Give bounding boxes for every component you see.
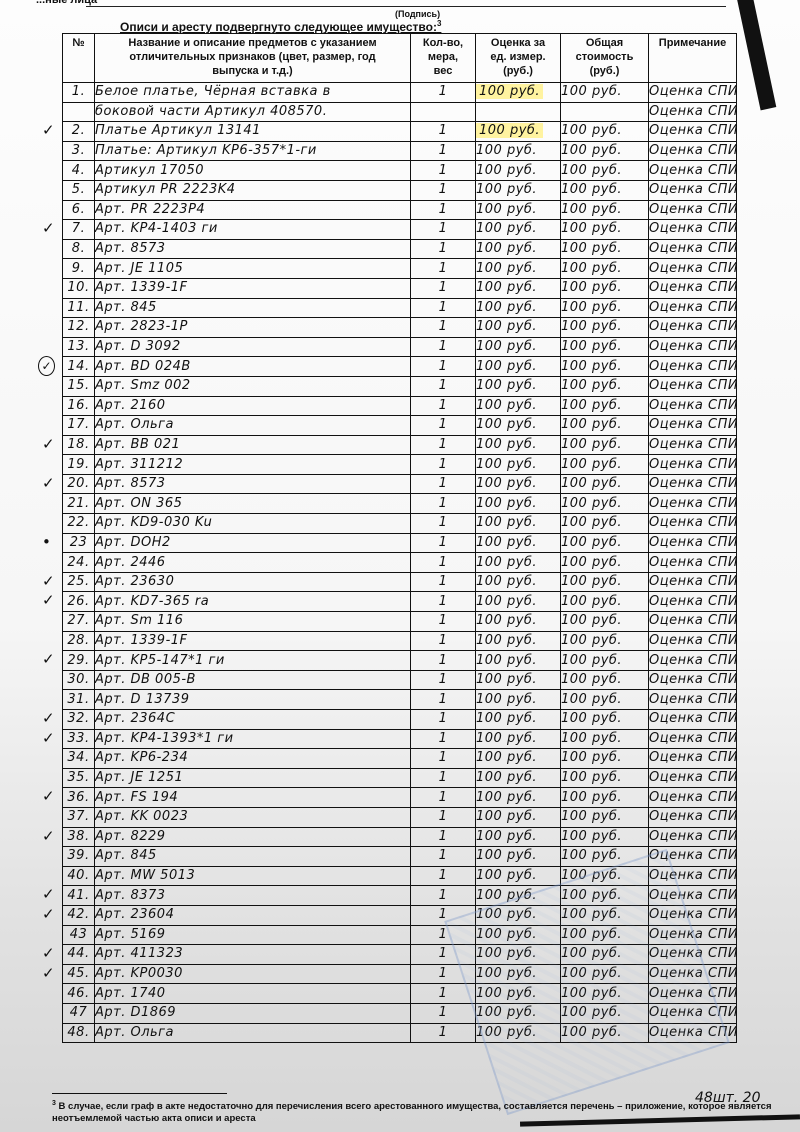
table-row: 27.Арт. Sm 1161100 руб.100 руб.Оценка СП…	[63, 612, 737, 632]
item-unit-price: 100 руб.	[476, 651, 561, 671]
row-number: 14.	[63, 357, 95, 377]
item-unit-price: 100 руб.	[476, 474, 561, 494]
item-total: 100 руб.	[561, 239, 649, 259]
item-note: Оценка СПИ	[649, 83, 737, 103]
item-description: Арт. BD 024B	[95, 357, 411, 377]
item-unit-price: 100 руб.	[476, 435, 561, 455]
row-number: 5.	[63, 180, 95, 200]
item-description: Арт. 2160	[95, 396, 411, 416]
item-quantity: 1	[411, 925, 476, 945]
item-quantity: 1	[411, 964, 476, 984]
row-number: 41.	[63, 886, 95, 906]
item-total: 100 руб.	[561, 925, 649, 945]
highlighted-price: 100 руб.	[476, 84, 543, 99]
item-quantity: 1	[411, 768, 476, 788]
row-number: 23	[63, 533, 95, 553]
row-number: 29.	[63, 651, 95, 671]
item-quantity: 1	[411, 827, 476, 847]
table-row: 36.Арт. FS 1941100 руб.100 руб.Оценка СП…	[63, 788, 737, 808]
item-description: Арт. JE 1105	[95, 259, 411, 279]
item-quantity: 1	[411, 200, 476, 220]
item-total: 100 руб.	[561, 259, 649, 279]
row-number: 6.	[63, 200, 95, 220]
checkmark-icon: ✓	[42, 709, 55, 727]
item-note: Оценка СПИ	[649, 592, 737, 612]
item-note: Оценка СПИ	[649, 259, 737, 279]
footnote-ref: 3	[437, 19, 441, 28]
item-total: 100 руб.	[561, 416, 649, 436]
signature-line	[86, 6, 726, 7]
table-row: 9.Арт. JE 11051100 руб.100 руб.Оценка СП…	[63, 259, 737, 279]
scan-fold-shadow	[736, 0, 777, 110]
row-number: 39.	[63, 847, 95, 867]
item-total: 100 руб.	[561, 396, 649, 416]
item-note: Оценка СПИ	[649, 396, 737, 416]
item-note: Оценка СПИ	[649, 572, 737, 592]
item-unit-price: 100 руб.	[476, 180, 561, 200]
item-description: Арт. D 3092	[95, 337, 411, 357]
table-row: 41.Арт. 83731100 руб.100 руб.Оценка СПИ	[63, 886, 737, 906]
item-total: 100 руб.	[561, 553, 649, 573]
table-row: 14.Арт. BD 024B1100 руб.100 руб.Оценка С…	[63, 357, 737, 377]
table-row: 33.Арт. KP4-1393*1 ги1100 руб.100 руб.Оц…	[63, 729, 737, 749]
table-header-row: № Название и описание предметов с указан…	[63, 34, 737, 83]
item-quantity: 1	[411, 866, 476, 886]
table-row: 18.Арт. BB 0211100 руб.100 руб.Оценка СП…	[63, 435, 737, 455]
item-quantity: 1	[411, 592, 476, 612]
item-quantity: 1	[411, 396, 476, 416]
signature-caption: (Подпись)	[395, 9, 440, 19]
item-quantity: 1	[411, 435, 476, 455]
row-number: 43	[63, 925, 95, 945]
item-quantity: 1	[411, 161, 476, 181]
row-number: 11.	[63, 298, 95, 318]
item-quantity: 1	[411, 807, 476, 827]
item-description: Арт. KP6-234	[95, 749, 411, 769]
item-description: Арт. KP4-1403 ги	[95, 220, 411, 240]
item-description: Арт. D1869	[95, 1003, 411, 1023]
row-number: 4.	[63, 161, 95, 181]
checkmark-icon: ✓	[42, 964, 55, 982]
table-row: 2.Платье Артикул 131411100 руб.100 руб.О…	[63, 122, 737, 142]
item-description: Арт. 2823-1P	[95, 318, 411, 338]
item-description: Арт. 311212	[95, 455, 411, 475]
item-unit-price: 100 руб.	[476, 298, 561, 318]
item-total: 100 руб.	[561, 945, 649, 965]
table-row: 7.Арт. KP4-1403 ги1100 руб.100 руб.Оценк…	[63, 220, 737, 240]
item-note: Оценка СПИ	[649, 866, 737, 886]
document-page: ...ные лица (Подпись) Описи и аресту под…	[0, 0, 800, 1132]
item-unit-price: 100 руб.	[476, 455, 561, 475]
item-unit-price: 100 руб.	[476, 768, 561, 788]
item-total: 100 руб.	[561, 455, 649, 475]
item-total: 100 руб.	[561, 690, 649, 710]
item-note: Оценка СПИ	[649, 278, 737, 298]
inventory-table: № Название и описание предметов с указан…	[62, 33, 737, 1043]
item-unit-price: 100 руб.	[476, 690, 561, 710]
item-quantity: 1	[411, 886, 476, 906]
item-description: Платье: Артикул KP6-357*1-ги	[95, 141, 411, 161]
checkmark-icon: ✓	[42, 591, 55, 609]
item-total: 100 руб.	[561, 1023, 649, 1043]
item-note: Оценка СПИ	[649, 631, 737, 651]
item-total: 100 руб.	[561, 729, 649, 749]
item-note: Оценка СПИ	[649, 337, 737, 357]
item-unit-price: 100 руб.	[476, 847, 561, 867]
item-unit-price: 100 руб.	[476, 161, 561, 181]
item-unit-price: 100 руб.	[476, 925, 561, 945]
item-note: Оценка СПИ	[649, 807, 737, 827]
item-quantity: 1	[411, 533, 476, 553]
row-number: 48.	[63, 1023, 95, 1043]
table-row: 40.Арт. MW 50131100 руб.100 руб.Оценка С…	[63, 866, 737, 886]
item-description: Арт. 1339-1F	[95, 278, 411, 298]
item-unit-price: 100 руб.	[476, 612, 561, 632]
header-unit-price: Оценка за ед. измер. (руб.)	[476, 34, 561, 83]
item-description: боковой части Артикул 408570.	[95, 102, 411, 122]
item-total: 100 руб.	[561, 298, 649, 318]
item-total: 100 руб.	[561, 984, 649, 1004]
table-row: 30.Арт. DB 005-B1100 руб.100 руб.Оценка …	[63, 670, 737, 690]
item-note: Оценка СПИ	[649, 964, 737, 984]
item-quantity: 1	[411, 631, 476, 651]
item-description: Арт. PR 2223P4	[95, 200, 411, 220]
item-quantity: 1	[411, 651, 476, 671]
item-description: Арт. DB 005-B	[95, 670, 411, 690]
row-number: 47	[63, 1003, 95, 1023]
item-total: 100 руб.	[561, 337, 649, 357]
checkmark-icon: ✓	[42, 572, 55, 590]
item-unit-price: 100 руб.	[476, 905, 561, 925]
item-description: Арт. DOH2	[95, 533, 411, 553]
table-row: 28.Арт. 1339-1F1100 руб.100 руб.Оценка С…	[63, 631, 737, 651]
item-description: Арт. KP5-147*1 ги	[95, 651, 411, 671]
item-note: Оценка СПИ	[649, 435, 737, 455]
item-quantity: 1	[411, 141, 476, 161]
item-quantity: 1	[411, 1003, 476, 1023]
item-unit-price: 100 руб.	[476, 533, 561, 553]
table-row: 10.Арт. 1339-1F1100 руб.100 руб.Оценка С…	[63, 278, 737, 298]
table-row: 38.Арт. 82291100 руб.100 руб.Оценка СПИ	[63, 827, 737, 847]
item-total: 100 руб.	[561, 749, 649, 769]
item-note: Оценка СПИ	[649, 886, 737, 906]
item-total: 100 руб.	[561, 847, 649, 867]
table-row: 17.Арт. Ольга1100 руб.100 руб.Оценка СПИ	[63, 416, 737, 436]
item-description: Арт. 8573	[95, 474, 411, 494]
item-note: Оценка СПИ	[649, 945, 737, 965]
item-quantity: 1	[411, 318, 476, 338]
item-unit-price: 100 руб.	[476, 807, 561, 827]
row-number: 19.	[63, 455, 95, 475]
table-row: 3.Платье: Артикул KP6-357*1-ги1100 руб.1…	[63, 141, 737, 161]
item-note: Оценка СПИ	[649, 474, 737, 494]
item-unit-price: 100 руб.	[476, 984, 561, 1004]
item-note: Оценка СПИ	[649, 612, 737, 632]
item-unit-price: 100 руб.	[476, 396, 561, 416]
item-quantity	[411, 102, 476, 122]
row-number: 3.	[63, 141, 95, 161]
item-note: Оценка СПИ	[649, 1003, 737, 1023]
item-total: 100 руб.	[561, 612, 649, 632]
table-row: 16.Арт. 21601100 руб.100 руб.Оценка СПИ	[63, 396, 737, 416]
checkmark-icon: ✓	[42, 885, 55, 903]
item-note: Оценка СПИ	[649, 318, 737, 338]
row-number: 10.	[63, 278, 95, 298]
table-row: 8.Арт. 85731100 руб.100 руб.Оценка СПИ	[63, 239, 737, 259]
table-row: 22.Арт. KD9-030 Ku1100 руб.100 руб.Оценк…	[63, 514, 737, 534]
item-description: Арт. BB 021	[95, 435, 411, 455]
item-description: Арт. 1339-1F	[95, 631, 411, 651]
item-note: Оценка СПИ	[649, 729, 737, 749]
header-total: Общая стоимость (руб.)	[561, 34, 649, 83]
item-unit-price: 100 руб.	[476, 514, 561, 534]
section-title-text: Описи и аресту подвергнуто следующее иму…	[120, 20, 437, 34]
item-description: Арт. Smz 002	[95, 376, 411, 396]
item-note: Оценка СПИ	[649, 847, 737, 867]
item-note: Оценка СПИ	[649, 925, 737, 945]
item-total: 100 руб.	[561, 631, 649, 651]
item-unit-price: 100 руб.	[476, 220, 561, 240]
item-note: Оценка СПИ	[649, 455, 737, 475]
item-note: Оценка СПИ	[649, 710, 737, 730]
item-description: Арт. 8573	[95, 239, 411, 259]
table-row: 19.Арт. 3112121100 руб.100 руб.Оценка СП…	[63, 455, 737, 475]
item-total: 100 руб.	[561, 474, 649, 494]
table-row: 23Арт. DOH21100 руб.100 руб.Оценка СПИ	[63, 533, 737, 553]
row-number: 17.	[63, 416, 95, 436]
item-note: Оценка СПИ	[649, 180, 737, 200]
item-note: Оценка СПИ	[649, 416, 737, 436]
row-number: 42.	[63, 905, 95, 925]
table-row: 34.Арт. KP6-2341100 руб.100 руб.Оценка С…	[63, 749, 737, 769]
item-note: Оценка СПИ	[649, 102, 737, 122]
item-unit-price: 100 руб.	[476, 318, 561, 338]
item-quantity: 1	[411, 278, 476, 298]
item-unit-price	[476, 102, 561, 122]
item-unit-price: 100 руб.	[476, 729, 561, 749]
item-note: Оценка СПИ	[649, 141, 737, 161]
item-note: Оценка СПИ	[649, 768, 737, 788]
checkmark-icon: ✓	[42, 729, 55, 747]
table-row: 44.Арт. 4113231100 руб.100 руб.Оценка СП…	[63, 945, 737, 965]
table-row: 35.Арт. JE 12511100 руб.100 руб.Оценка С…	[63, 768, 737, 788]
item-total: 100 руб.	[561, 376, 649, 396]
row-number: 26.	[63, 592, 95, 612]
item-total: 100 руб.	[561, 807, 649, 827]
table-row: 42.Арт. 236041100 руб.100 руб.Оценка СПИ	[63, 905, 737, 925]
checkmark-icon: ✓	[42, 787, 55, 805]
item-total: 100 руб.	[561, 318, 649, 338]
item-unit-price: 100 руб.	[476, 259, 561, 279]
row-number: 12.	[63, 318, 95, 338]
item-description: Платье Артикул 13141	[95, 122, 411, 142]
checkmark-icon: ✓	[42, 121, 55, 139]
item-description: Арт. KD9-030 Ku	[95, 514, 411, 534]
item-quantity: 1	[411, 376, 476, 396]
row-number: 1.	[63, 83, 95, 103]
table-row: 1.Белое платье, Чёрная вставка в1100 руб…	[63, 83, 737, 103]
row-number: 28.	[63, 631, 95, 651]
item-unit-price: 100 руб.	[476, 1023, 561, 1043]
item-quantity: 1	[411, 337, 476, 357]
row-number: 45.	[63, 964, 95, 984]
item-quantity: 1	[411, 1023, 476, 1043]
item-note: Оценка СПИ	[649, 514, 737, 534]
item-quantity: 1	[411, 239, 476, 259]
row-number: 40.	[63, 866, 95, 886]
table-row: 11.Арт. 8451100 руб.100 руб.Оценка СПИ	[63, 298, 737, 318]
item-total: 100 руб.	[561, 200, 649, 220]
item-total: 100 руб.	[561, 514, 649, 534]
item-quantity: 1	[411, 788, 476, 808]
checkmark-icon: ✓	[42, 650, 55, 668]
item-description: Арт. 5169	[95, 925, 411, 945]
item-note: Оценка СПИ	[649, 122, 737, 142]
row-number: 9.	[63, 259, 95, 279]
footnote-divider	[52, 1093, 227, 1094]
row-number: 27.	[63, 612, 95, 632]
row-number: 34.	[63, 749, 95, 769]
item-total: 100 руб.	[561, 122, 649, 142]
item-total: 100 руб.	[561, 220, 649, 240]
item-unit-price: 100 руб.	[476, 553, 561, 573]
item-description: Арт. JE 1251	[95, 768, 411, 788]
checkmark-icon: ✓	[42, 827, 55, 845]
row-number: 7.	[63, 220, 95, 240]
item-description: Арт. KK 0023	[95, 807, 411, 827]
item-total: 100 руб.	[561, 1003, 649, 1023]
item-total: 100 руб.	[561, 651, 649, 671]
row-number: 24.	[63, 553, 95, 573]
table-row: 6.Арт. PR 2223P41100 руб.100 руб.Оценка …	[63, 200, 737, 220]
item-total: 100 руб.	[561, 435, 649, 455]
footnote-number: 3	[52, 1100, 56, 1107]
item-quantity: 1	[411, 122, 476, 142]
row-number: 44.	[63, 945, 95, 965]
item-unit-price: 100 руб.	[476, 866, 561, 886]
row-number: 13.	[63, 337, 95, 357]
table-row: 48.Арт. Ольга1100 руб.100 руб.Оценка СПИ	[63, 1023, 737, 1043]
item-note: Оценка СПИ	[649, 749, 737, 769]
item-total: 100 руб.	[561, 866, 649, 886]
item-unit-price: 100 руб.	[476, 1003, 561, 1023]
table-row: боковой части Артикул 408570.Оценка СПИ	[63, 102, 737, 122]
item-unit-price: 100 руб.	[476, 494, 561, 514]
header-note: Примечание	[649, 34, 737, 83]
table-row: 5.Артикул PR 2223K41100 руб.100 руб.Оцен…	[63, 180, 737, 200]
item-total: 100 руб.	[561, 278, 649, 298]
row-number: 36.	[63, 788, 95, 808]
table-row: 26.Арт. KD7-365 rа1100 руб.100 руб.Оценк…	[63, 592, 737, 612]
item-quantity: 1	[411, 690, 476, 710]
item-description: Арт. 8229	[95, 827, 411, 847]
item-unit-price: 100 руб.	[476, 710, 561, 730]
item-unit-price: 100 руб.	[476, 945, 561, 965]
row-number: 32.	[63, 710, 95, 730]
row-number: 16.	[63, 396, 95, 416]
item-description: Арт. FS 194	[95, 788, 411, 808]
item-quantity: 1	[411, 180, 476, 200]
row-number: 20.	[63, 474, 95, 494]
row-number: 2.	[63, 122, 95, 142]
row-number: 31.	[63, 690, 95, 710]
row-number	[63, 102, 95, 122]
checkmark-icon: ✓	[42, 944, 55, 962]
row-number: 33.	[63, 729, 95, 749]
item-total: 100 руб.	[561, 886, 649, 906]
item-description: Арт. 845	[95, 298, 411, 318]
item-note: Оценка СПИ	[649, 357, 737, 377]
checkmark-icon: ✓	[42, 474, 55, 492]
item-unit-price: 100 руб.	[476, 749, 561, 769]
table-row: 4.Артикул 170501100 руб.100 руб.Оценка С…	[63, 161, 737, 181]
item-quantity: 1	[411, 494, 476, 514]
item-note: Оценка СПИ	[649, 690, 737, 710]
item-total	[561, 102, 649, 122]
item-note: Оценка СПИ	[649, 984, 737, 1004]
item-unit-price: 100 руб.	[476, 964, 561, 984]
item-unit-price: 100 руб.	[476, 357, 561, 377]
item-note: Оценка СПИ	[649, 239, 737, 259]
header-num: №	[63, 34, 95, 83]
item-note: Оценка СПИ	[649, 788, 737, 808]
item-quantity: 1	[411, 670, 476, 690]
item-note: Оценка СПИ	[649, 376, 737, 396]
item-note: Оценка СПИ	[649, 533, 737, 553]
item-quantity: 1	[411, 553, 476, 573]
item-unit-price: 100 руб.	[476, 337, 561, 357]
item-description: Арт. 23630	[95, 572, 411, 592]
table-row: 15.Арт. Smz 0021100 руб.100 руб.Оценка С…	[63, 376, 737, 396]
item-description: Арт. Ольга	[95, 416, 411, 436]
section-title: Описи и аресту подвергнуто следующее иму…	[120, 19, 441, 34]
item-total: 100 руб.	[561, 670, 649, 690]
item-total: 100 руб.	[561, 788, 649, 808]
item-total: 100 руб.	[561, 572, 649, 592]
item-quantity: 1	[411, 710, 476, 730]
table-row: 37.Арт. KK 00231100 руб.100 руб.Оценка С…	[63, 807, 737, 827]
item-quantity: 1	[411, 847, 476, 867]
item-description: Арт. D 13739	[95, 690, 411, 710]
item-description: Арт. Sm 116	[95, 612, 411, 632]
row-number: 18.	[63, 435, 95, 455]
item-quantity: 1	[411, 83, 476, 103]
row-number: 21.	[63, 494, 95, 514]
item-total: 100 руб.	[561, 357, 649, 377]
item-quantity: 1	[411, 729, 476, 749]
table-row: 20.Арт. 85731100 руб.100 руб.Оценка СПИ	[63, 474, 737, 494]
item-unit-price: 100 руб.	[476, 200, 561, 220]
item-total: 100 руб.	[561, 161, 649, 181]
table-row: 46.Арт. 17401100 руб.100 руб.Оценка СПИ	[63, 984, 737, 1004]
item-quantity: 1	[411, 416, 476, 436]
item-description: Арт. Ольга	[95, 1023, 411, 1043]
item-note: Оценка СПИ	[649, 553, 737, 573]
row-number: 25.	[63, 572, 95, 592]
item-unit-price: 100 руб.	[476, 278, 561, 298]
item-quantity: 1	[411, 455, 476, 475]
item-quantity: 1	[411, 749, 476, 769]
item-unit-price: 100 руб.	[476, 592, 561, 612]
dot-mark-icon: •	[42, 533, 51, 551]
table-row: 12.Арт. 2823-1P1100 руб.100 руб.Оценка С…	[63, 318, 737, 338]
table-row: 31.Арт. D 137391100 руб.100 руб.Оценка С…	[63, 690, 737, 710]
item-total: 100 руб.	[561, 180, 649, 200]
item-unit-price: 100 руб.	[476, 572, 561, 592]
table-row: 45.Арт. KP00301100 руб.100 руб.Оценка СП…	[63, 964, 737, 984]
item-unit-price: 100 руб.	[476, 416, 561, 436]
row-number: 8.	[63, 239, 95, 259]
